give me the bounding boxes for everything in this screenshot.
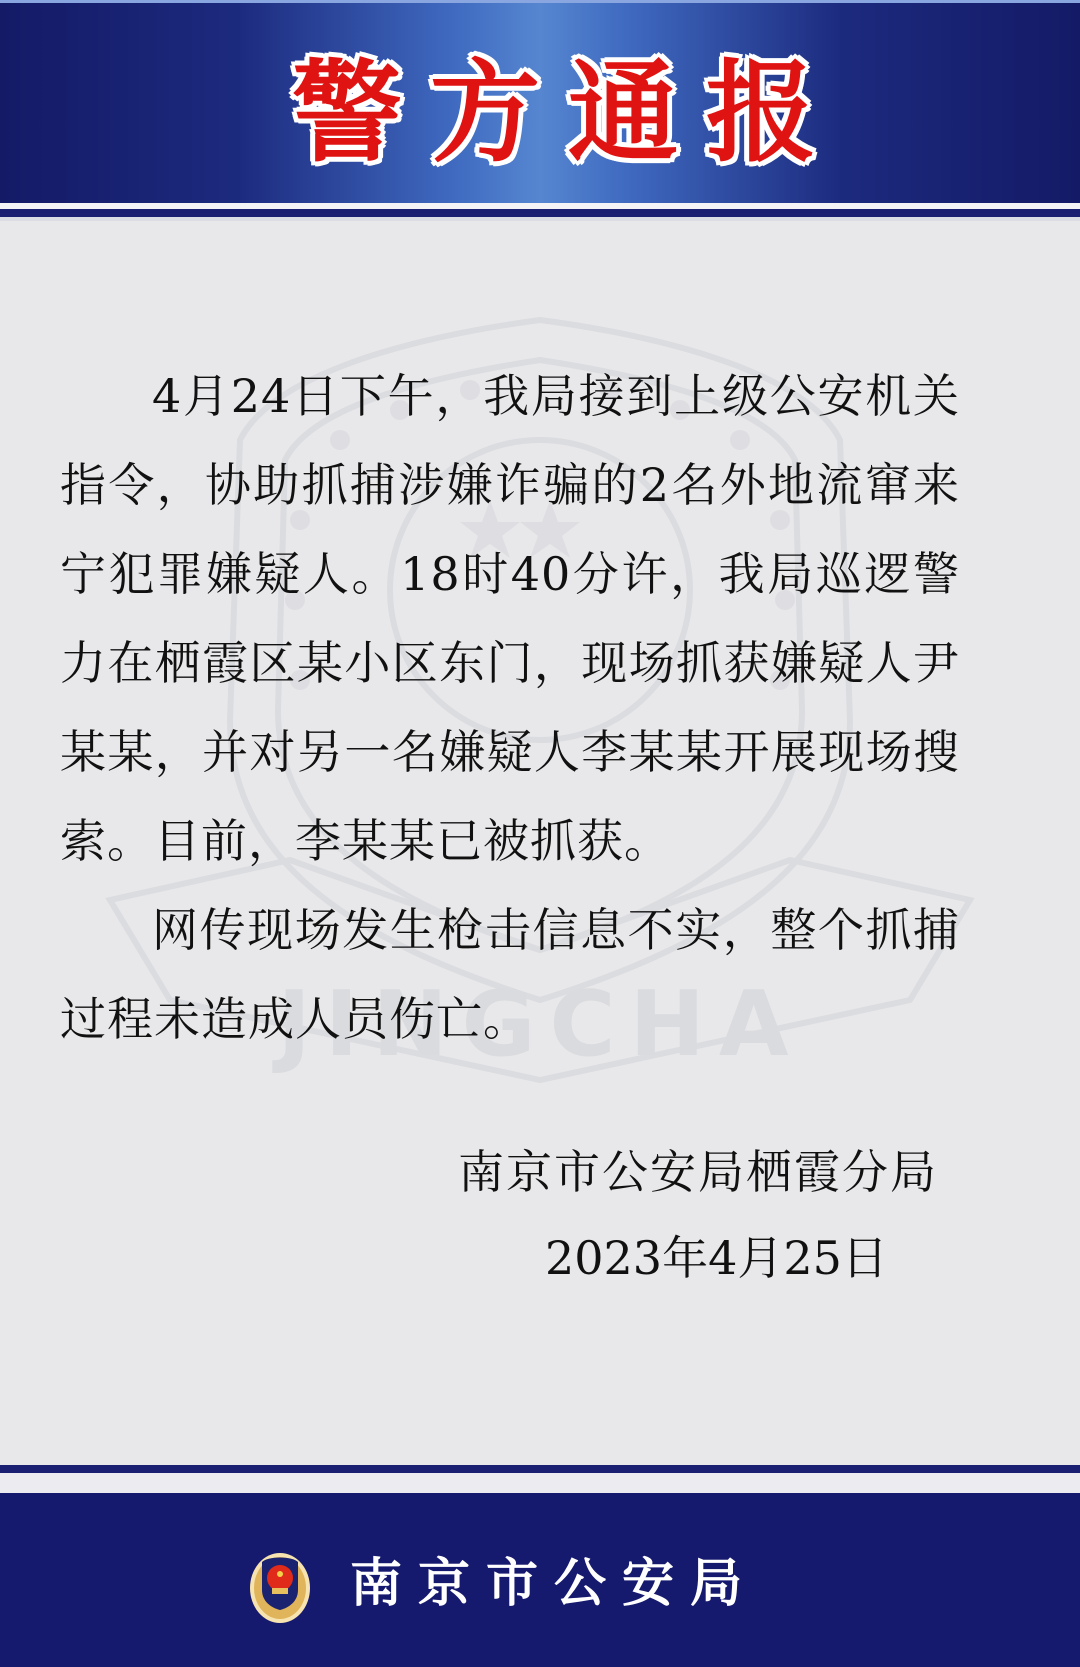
footer-organization-name: 南京市公安局 bbox=[350, 1552, 758, 1616]
signature-organization: 南京市公安局栖霞分局 bbox=[458, 1142, 938, 1202]
notice-paragraph-2: 网传现场发生枪击信息不实，整个抓捕过程未造成人员伤亡。 bbox=[60, 886, 960, 1064]
divider-navy bbox=[0, 209, 1080, 217]
notice-body: 4月24日下午，我局接到上级公安机关指令，协助抓捕涉嫌诈骗的2名外地流窜来宁犯罪… bbox=[60, 352, 960, 1064]
footer-divider-white bbox=[0, 1473, 1080, 1493]
police-emblem-icon bbox=[248, 1548, 312, 1624]
notice-paragraph-1: 4月24日下午，我局接到上级公安机关指令，协助抓捕涉嫌诈骗的2名外地流窜来宁犯罪… bbox=[60, 352, 960, 886]
header-top-line bbox=[0, 0, 1080, 3]
page-title: 警方通报 bbox=[0, 58, 1080, 168]
divider-light bbox=[0, 217, 1080, 221]
header-banner: 警方通报 bbox=[0, 0, 1080, 215]
footer-divider-navy bbox=[0, 1465, 1080, 1473]
signature-date: 2023年4月25日 bbox=[545, 1228, 888, 1288]
